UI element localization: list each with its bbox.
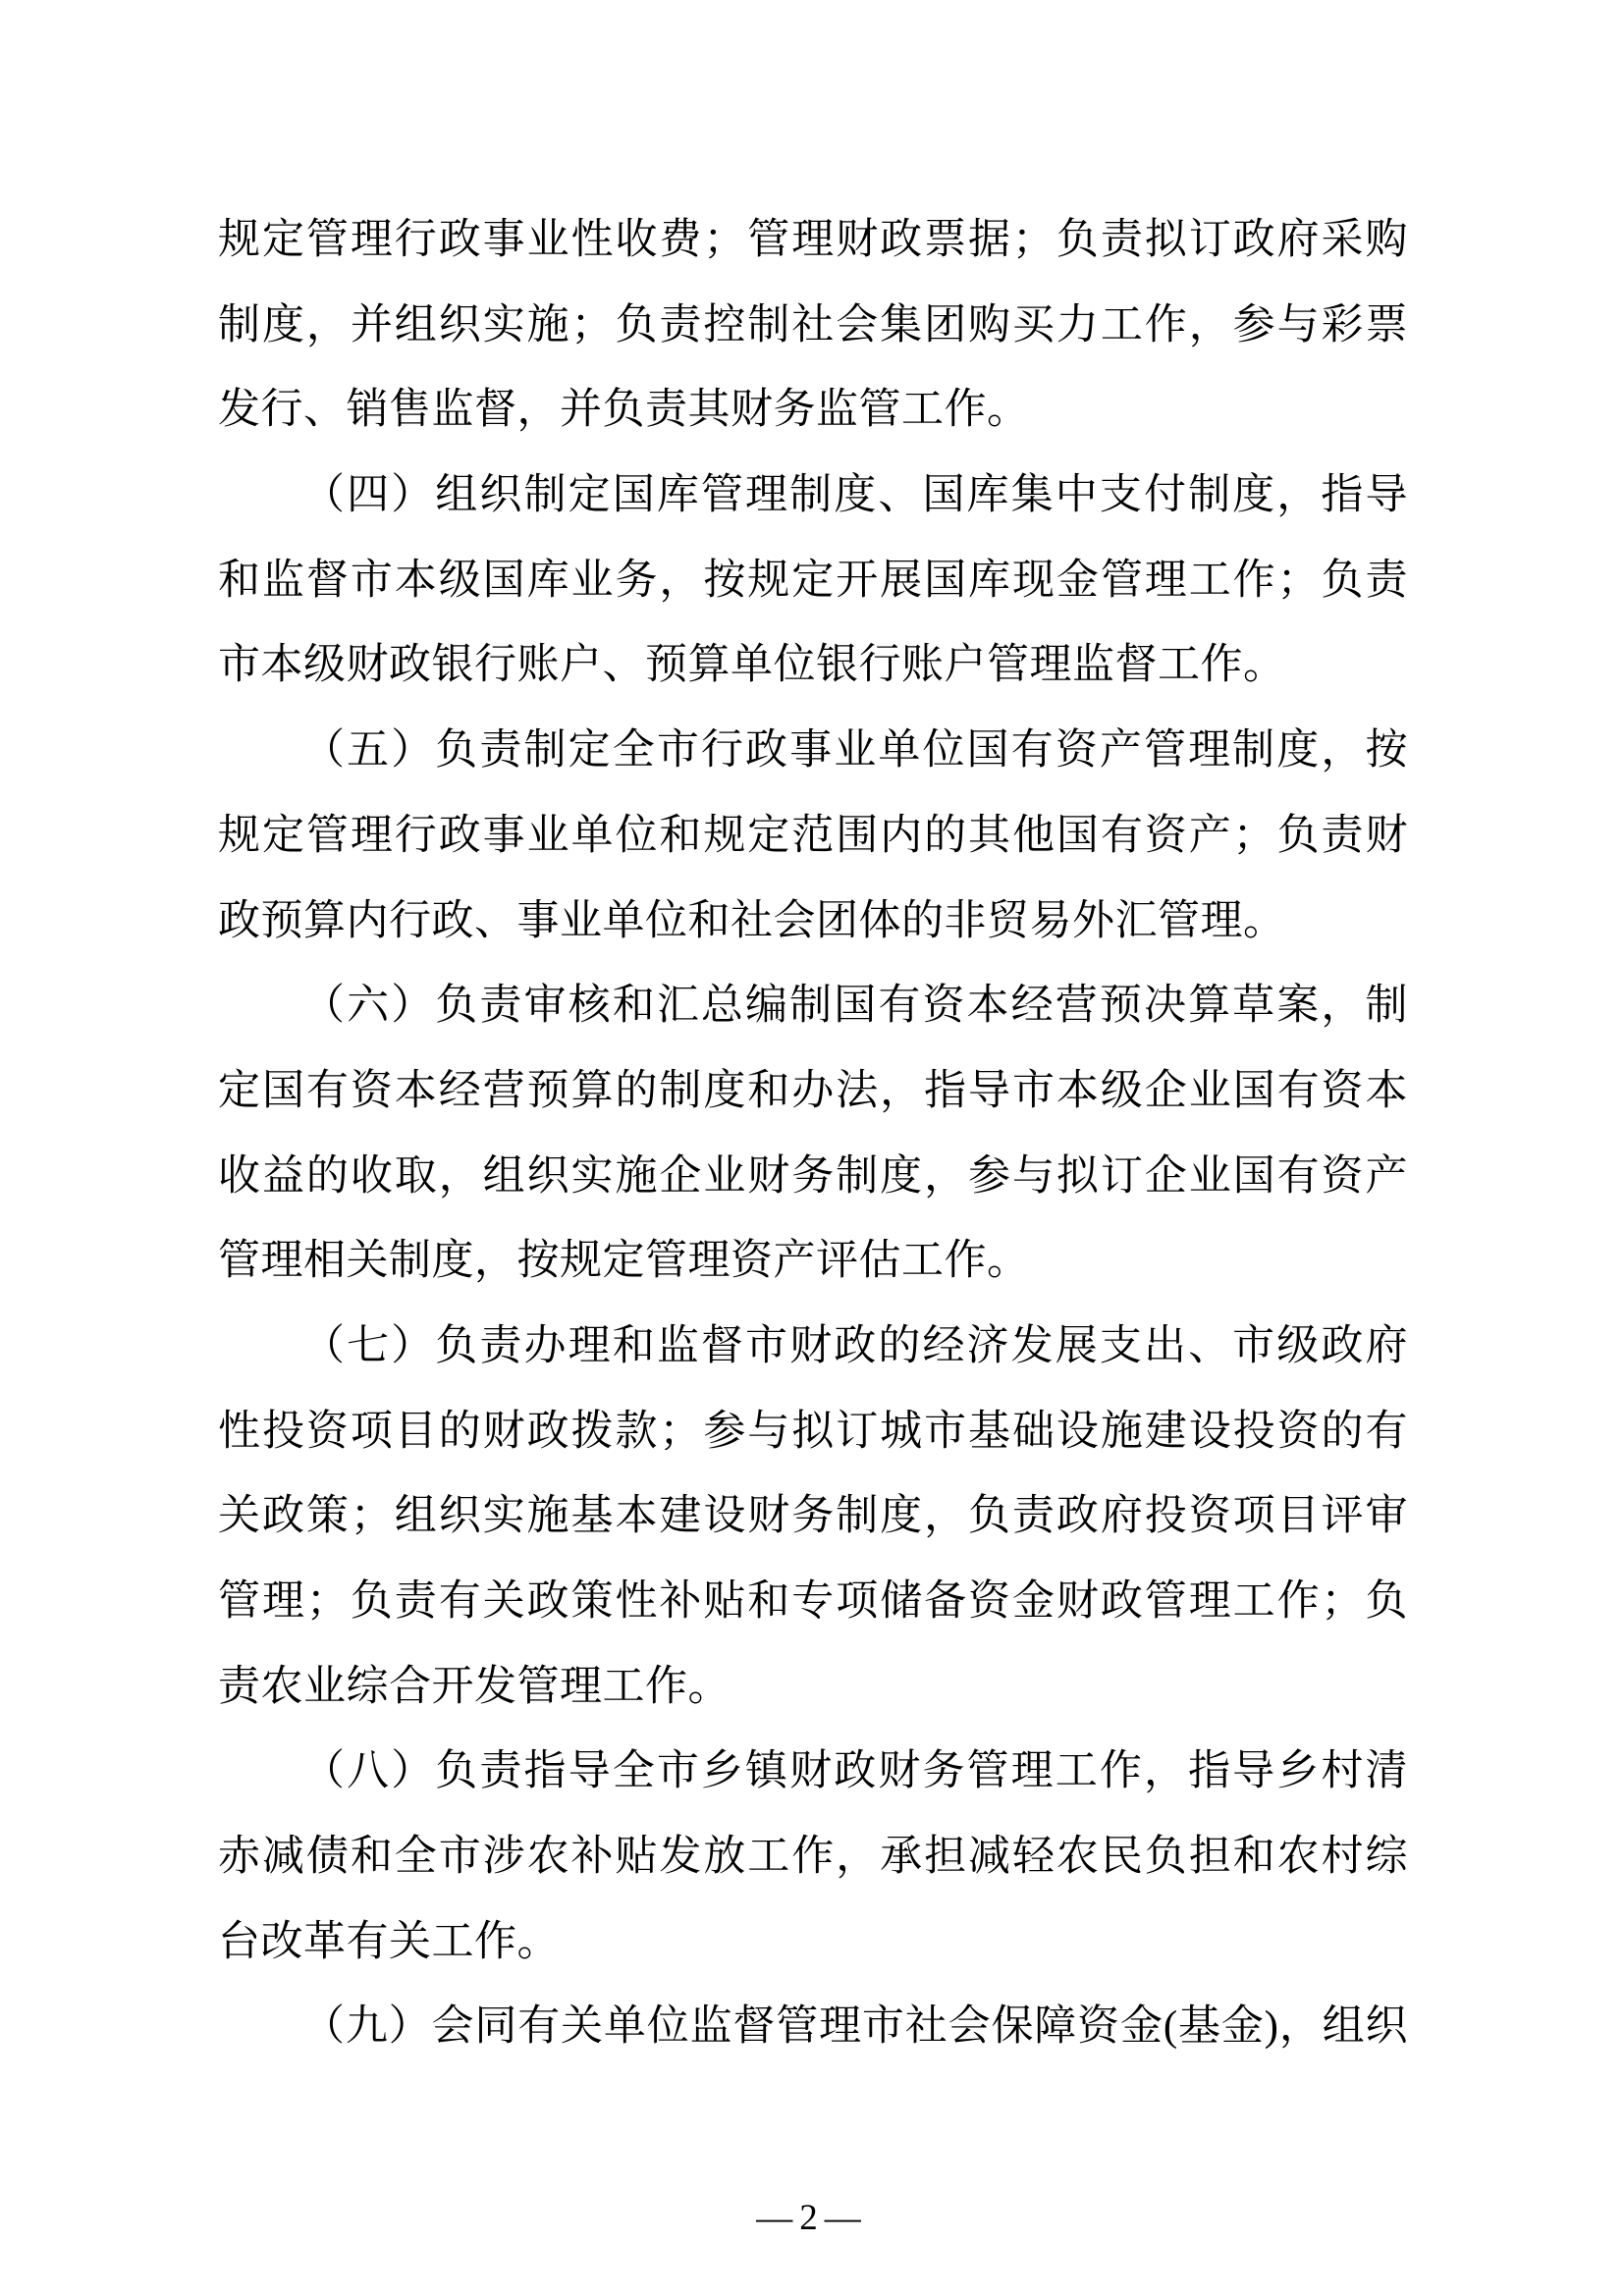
text-line: （五）负责制定全市行政事业单位国有资产管理制度，按 — [218, 709, 1408, 794]
text-line: 和监督市本级国库业务，按规定开展国库现金管理工作；负责 — [218, 539, 1408, 624]
text-line: 责农业综合开发管理工作。 — [218, 1645, 1408, 1731]
text-line: （七）负责办理和监督市财政的经济发展支出、市级政府 — [218, 1305, 1408, 1390]
text-line: 台改革有关工作。 — [218, 1900, 1408, 1986]
page-number: —2— — [0, 2197, 1624, 2239]
text-line: 收益的收取，组织实施企业财务制度，参与拟订企业国有资产 — [218, 1135, 1408, 1220]
text-line: 关政策；组织实施基本建设财务制度，负责政府投资项目评审 — [218, 1474, 1408, 1560]
text-line: 管理相关制度，按规定管理资产评估工作。 — [218, 1219, 1408, 1305]
text-line: （四）组织制定国库管理制度、国库集中支付制度，指导 — [218, 454, 1408, 539]
text-block: 规定管理行政事业性收费；管理财政票据；负责拟订政府采购制度，并组织实施；负责控制… — [218, 198, 1408, 2070]
text-line: 政预算内行政、事业单位和社会团体的非贸易外汇管理。 — [218, 880, 1408, 965]
document-page: 规定管理行政事业性收费；管理财政票据；负责拟订政府采购制度，并组织实施；负责控制… — [0, 0, 1624, 2296]
text-line: 赤减债和全市涉农补贴发放工作，承担减轻农民负担和农村综 — [218, 1815, 1408, 1900]
text-line: 规定管理行政事业单位和规定范围内的其他国有资产；负责财 — [218, 794, 1408, 880]
text-line: （九）会同有关单位监督管理市社会保障资金(基金)，组织 — [218, 1985, 1408, 2070]
text-line: 定国有资本经营预算的制度和办法，指导市本级企业国有资本 — [218, 1049, 1408, 1135]
text-line: 发行、销售监督，并负责其财务监管工作。 — [218, 368, 1408, 454]
text-line: 规定管理行政事业性收费；管理财政票据；负责拟订政府采购 — [218, 198, 1408, 284]
text-line: 市本级财政银行账户、预算单位银行账户管理监督工作。 — [218, 623, 1408, 709]
text-line: 制度，并组织实施；负责控制社会集团购买力工作，参与彩票 — [218, 284, 1408, 369]
text-line: （八）负责指导全市乡镇财政财务管理工作，指导乡村清 — [218, 1730, 1408, 1815]
text-line: 性投资项目的财政拨款；参与拟订城市基础设施建设投资的有 — [218, 1390, 1408, 1475]
text-line: （六）负责审核和汇总编制国有资本经营预决算草案，制 — [218, 964, 1408, 1049]
text-line: 管理；负责有关政策性补贴和专项储备资金财政管理工作；负 — [218, 1560, 1408, 1645]
